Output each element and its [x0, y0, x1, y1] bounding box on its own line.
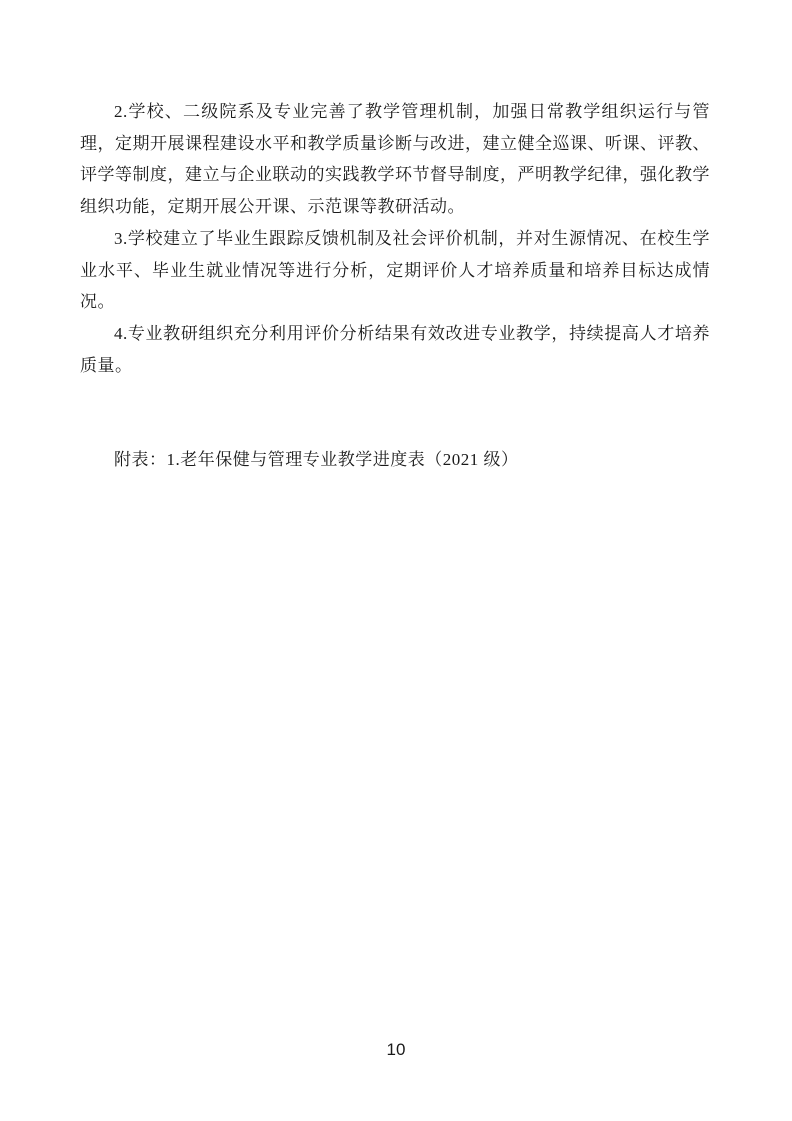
paragraph-2: 2.学校、二级院系及专业完善了教学管理机制，加强日常教学组织运行与管理，定期开展…	[80, 96, 710, 223]
paragraph-4: 4.专业教研组织充分利用评价分析结果有效改进专业教学，持续提高人才培养质量。	[80, 318, 710, 381]
document-page: 2.学校、二级院系及专业完善了教学管理机制，加强日常教学组织运行与管理，定期开展…	[0, 0, 792, 1121]
appendix-note: 附表：1.老年保健与管理专业教学进度表（2021 级）	[80, 444, 710, 476]
page-number: 10	[0, 1040, 792, 1060]
paragraph-3: 3.学校建立了毕业生跟踪反馈机制及社会评价机制，并对生源情况、在校生学业水平、毕…	[80, 223, 710, 318]
body-text-block: 2.学校、二级院系及专业完善了教学管理机制，加强日常教学组织运行与管理，定期开展…	[80, 96, 710, 476]
